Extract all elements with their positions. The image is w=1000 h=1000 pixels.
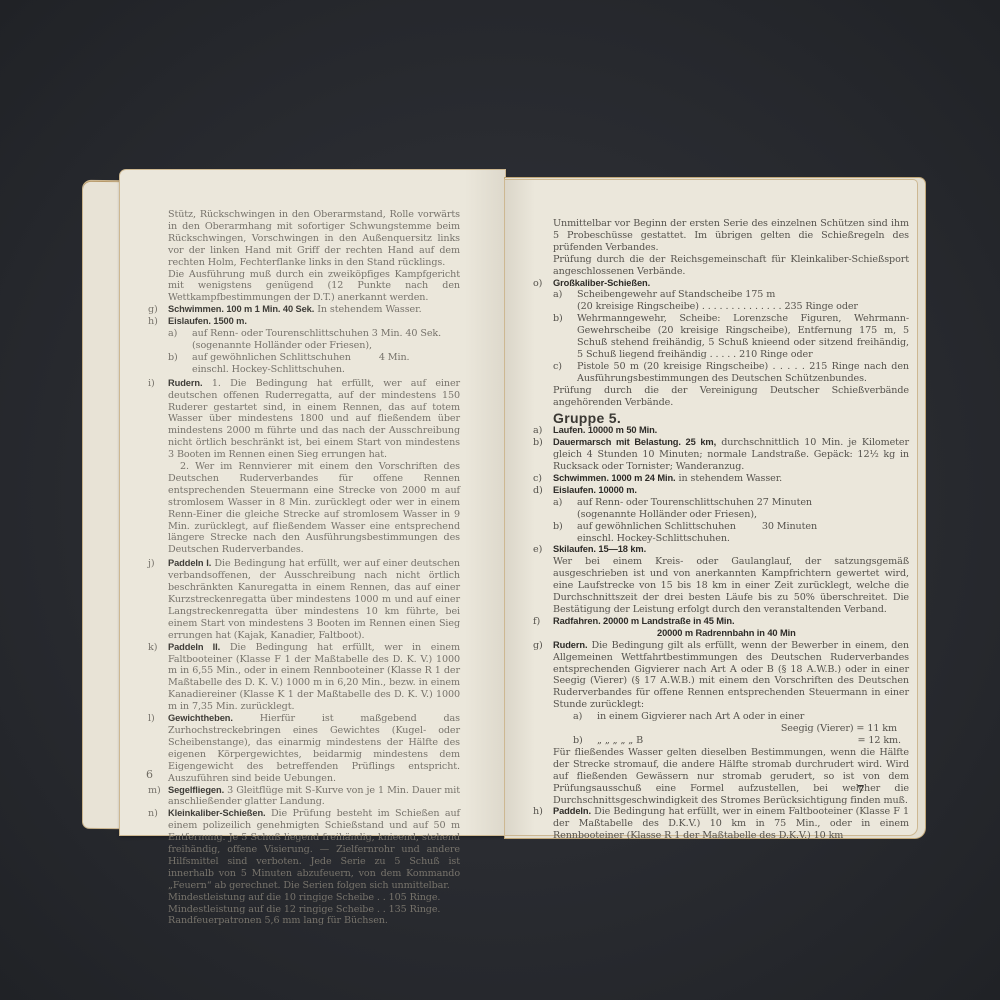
item-title: Rudern. bbox=[168, 378, 202, 388]
item-title: Schwimmen. 100 m 1 Min. 40 Sek. bbox=[168, 304, 314, 314]
item-title: Paddeln II. bbox=[168, 642, 220, 652]
sub-item: a) Scheibengewehr auf Standscheibe 175 m… bbox=[553, 289, 909, 313]
item-title: Rudern. bbox=[553, 640, 587, 650]
item-laufen: a) Laufen. 10000 m 50 Min. bbox=[553, 425, 909, 437]
item-title: Dauermarsch mit Belastung. 25 km, bbox=[553, 437, 716, 447]
item-schwimmen: c) Schwimmen. 1000 m 24 Min. in stehende… bbox=[553, 473, 909, 485]
sub-item: b) auf gewöhnlichen Schlittschuhen30 Min… bbox=[553, 521, 909, 545]
paragraph: Prüfung durch die der Reichsgemeinschaft… bbox=[553, 254, 909, 278]
sub-item: b) „ „ „ „ „ B= 12 km. bbox=[553, 735, 909, 747]
paragraph: Stütz, Rückschwingen in den Oberarmstand… bbox=[168, 209, 460, 269]
paragraph: Unmittelbar vor Beginn der ersten Serie … bbox=[553, 218, 909, 254]
item-title: Segelfliegen. bbox=[168, 785, 224, 795]
item-rudern: i) Rudern. 1. Die Bedingung hat erfüllt,… bbox=[168, 378, 460, 557]
item-eislaufen: h) Eislaufen. 1500 m. a) auf Renn- oder … bbox=[168, 316, 460, 376]
sub-item: a) in einem Gigvierer nach Art A oder in… bbox=[553, 711, 909, 735]
item-kleinkaliber: n) Kleinkaliber-Schießen. Die Prüfung be… bbox=[168, 808, 460, 927]
item-segelfliegen: m) Segelfliegen. 3 Gleitflüge mit S-Kurv… bbox=[168, 785, 460, 809]
item-paddeln-2: k) Paddeln II. Die Bedingung hat erfüllt… bbox=[168, 642, 460, 713]
item-title: Paddeln. bbox=[553, 806, 591, 816]
group-heading: Gruppe 5. bbox=[553, 413, 909, 425]
right-page-text: Unmittelbar vor Beginn der ersten Serie … bbox=[553, 218, 909, 842]
sub-item: b) auf gewöhnlichen Schlittschuhen4 Min.… bbox=[168, 352, 460, 376]
sub-item: a) auf Renn- oder Tourenschlittschuhen 3… bbox=[168, 328, 460, 352]
left-page-text: Stütz, Rückschwingen in den Oberarmstand… bbox=[168, 209, 460, 927]
page-number-right: 7 bbox=[857, 783, 865, 796]
item-title: Kleinkaliber-Schießen. bbox=[168, 808, 266, 818]
item-dauermarsch: b) Dauermarsch mit Belastung. 25 km, dur… bbox=[553, 437, 909, 473]
paragraph: Die Ausführung muß durch ein zweiköpfige… bbox=[168, 269, 460, 305]
item-schwimmen: g) Schwimmen. 100 m 1 Min. 40 Sek. In st… bbox=[168, 304, 460, 316]
item-title: Gewichtheben. bbox=[168, 713, 233, 723]
item-title-2: 20000 m Radrennbahn in 40 Min bbox=[553, 628, 796, 638]
item-gewichtheben: l) Gewichtheben. Hierfür ist maßgebend d… bbox=[168, 713, 460, 784]
item-title: Paddeln I. bbox=[168, 558, 211, 568]
item-paddeln-1: j) Paddeln I. Die Bedingung hat erfüllt,… bbox=[168, 558, 460, 641]
item-rudern: g) Rudern. Die Bedingung gilt als erfüll… bbox=[553, 640, 909, 807]
sub-item: c) Pistole 50 m (20 kreisige Ringscheibe… bbox=[553, 361, 909, 385]
item-title: Eislaufen. 10000 m. bbox=[553, 485, 637, 495]
item-title: Skilaufen. 15—18 km. bbox=[553, 544, 646, 554]
item-title: Großkaliber-Schießen. bbox=[553, 278, 650, 288]
page-number-left: 6 bbox=[146, 768, 153, 781]
item-grosskaliber: o) Großkaliber-Schießen. a) Scheibengewe… bbox=[553, 278, 909, 409]
item-skilaufen: e) Skilaufen. 15—18 km. Wer bei einem Kr… bbox=[553, 544, 909, 615]
item-paddeln: h) Paddeln. Die Bedingung hat erfüllt, w… bbox=[553, 806, 909, 842]
sub-item: b) Wehrmanngewehr, Scheibe: Lorenzsche F… bbox=[553, 313, 909, 361]
item-eislaufen: d) Eislaufen. 10000 m. a) auf Renn- oder… bbox=[553, 485, 909, 545]
item-title: Radfahren. 20000 m Landstraße in 45 Min. bbox=[553, 616, 734, 626]
sub-item: a) auf Renn- oder Tourenschlittschuhen 2… bbox=[553, 497, 909, 521]
item-title: Schwimmen. 1000 m 24 Min. bbox=[553, 473, 676, 483]
item-title: Laufen. 10000 m 50 Min. bbox=[553, 425, 657, 435]
item-radfahren: f) Radfahren. 20000 m Landstraße in 45 M… bbox=[553, 616, 909, 640]
item-title: Eislaufen. 1500 m. bbox=[168, 316, 247, 326]
